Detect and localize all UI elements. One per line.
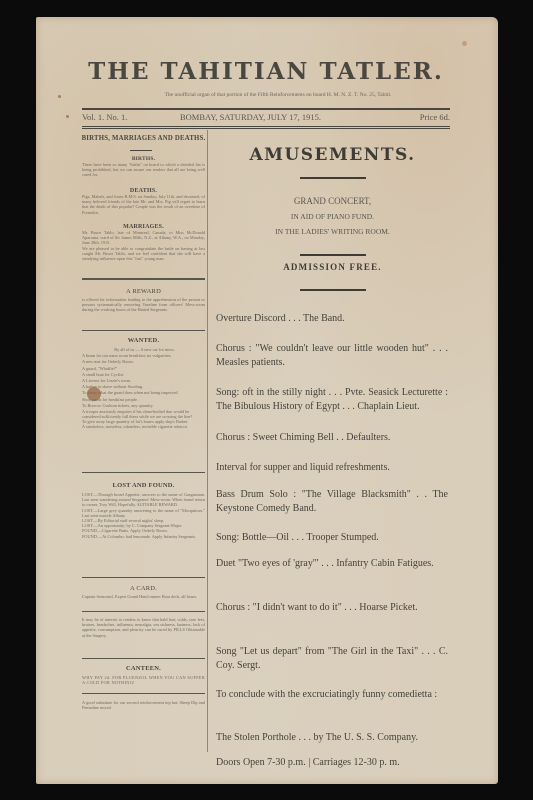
divider xyxy=(82,128,450,129)
amusements-heading: AMUSEMENTS. xyxy=(215,145,450,165)
stain xyxy=(58,95,61,98)
notice-text: It may be of interest to readers to know… xyxy=(80,617,207,638)
births-text: There have been so many "births" on boar… xyxy=(80,162,207,178)
marriages-section: MARRIAGES. Mr. Bruce Tablo, late of Mont… xyxy=(80,224,207,261)
admission-notice: ADMISSION FREE. xyxy=(215,262,450,272)
births-section: BIRTHS. There have been so many "births"… xyxy=(80,156,207,178)
footer-notice-section: A good substitute for our second reinfor… xyxy=(80,700,207,710)
deaths-text: Pigs, Mabels, and Jones R.M.S. on Sunday… xyxy=(80,194,207,215)
wanted-heading: WANTED. xyxy=(80,337,207,344)
volume-number: Vol. 1. No. 1. xyxy=(82,112,127,122)
lost-found-section: LOST AND FOUND. LOST.—Through broad Appe… xyxy=(80,482,207,539)
program-finale: The Stolen Porthole . . . by The U. S. S… xyxy=(216,731,448,745)
place-date: BOMBAY, SATURDAY, JULY 17, 1915. xyxy=(180,112,321,122)
reward-text: is offered for information leading to th… xyxy=(80,297,207,313)
program-item: Interval for supper and liquid refreshme… xyxy=(216,461,448,475)
dateline: Vol. 1. No. 1. BOMBAY, SATURDAY, JULY 17… xyxy=(82,112,450,124)
card-heading: A CARD. xyxy=(80,585,207,592)
card-section: A CARD. Captain Seasoned, Expert Grand H… xyxy=(80,585,207,599)
divider xyxy=(300,177,366,179)
stain xyxy=(462,41,467,46)
masthead-title: THE TAHITIAN TATLER. xyxy=(76,58,456,85)
deaths-section: DEATHS. Pigs, Mabels, and Jones R.M.S. o… xyxy=(80,188,207,215)
program-item: Chorus : Sweet Chiming Bell . . Defaulte… xyxy=(216,431,448,445)
event-venue: IN THE LADIES' WRITING ROOM. xyxy=(215,227,450,236)
lost-found-heading: LOST AND FOUND. xyxy=(80,482,207,489)
program-item: Song "Let us depart" from "The Girl in t… xyxy=(216,645,448,672)
divider xyxy=(130,150,152,151)
lost-found-item: LOST.—Through broad Appetite, answers to… xyxy=(80,492,207,508)
stain xyxy=(66,115,69,118)
marriages-text-1: Mr. Bruce Tablo, late of Montreal, Canad… xyxy=(80,230,207,246)
masthead-subtitle: The unofficial organ of that portion of … xyxy=(88,92,468,98)
doors-carriages: Doors Open 7-30 p.m. | Carriages 12-30 p… xyxy=(216,756,448,770)
divider xyxy=(82,108,450,110)
program-item: Duet "Two eyes of 'gray'" . . . Infantry… xyxy=(216,557,448,571)
section-heading-bmd: BIRTHS, MARRIAGES AND DEATHS. xyxy=(80,135,207,142)
program-item: Chorus : "I didn't want to do it" . . . … xyxy=(216,601,448,615)
marriages-text-2: We are pleased to be able to congratulat… xyxy=(80,246,207,262)
canteen-section: CANTEEN. WHY PAY 2d. FOR PLUENZOL WHEN Y… xyxy=(80,665,207,685)
lost-found-item: LOST.—Large grey quantity answering to t… xyxy=(80,508,207,518)
wanted-item: A smokeless, noiseless, odourless, invis… xyxy=(80,424,207,429)
footer-notice-text: A good substitute for our second reinfor… xyxy=(80,700,207,710)
divider xyxy=(300,254,366,256)
left-column: BIRTHS, MARRIAGES AND DEATHS. BIRTHS. Th… xyxy=(80,130,208,752)
divider xyxy=(82,126,450,127)
price: Price 6d. xyxy=(420,112,450,122)
divider xyxy=(300,289,366,291)
card-text: Captain Seasoned, Expert Grand Hand runn… xyxy=(80,594,207,599)
program-item: Song: Bottle—Oil . . . Trooper Stumped. xyxy=(216,531,448,545)
notice-section: It may be of interest to readers to know… xyxy=(80,617,207,638)
lost-found-item: FOUND.—At Colombo; bad lemonade. Apply I… xyxy=(80,534,207,539)
program-item: To conclude with the excruciatingly funn… xyxy=(216,688,448,702)
right-column: AMUSEMENTS. GRAND CONCERT, IN AID OF PIA… xyxy=(215,135,450,291)
program-item: Overture Discord . . . The Band. xyxy=(216,312,448,326)
program-item: Chorus : "We couldn't leave our little w… xyxy=(216,342,448,369)
canteen-text: WHY PAY 2d. FOR PLUENZOL WHEN YOU CAN SU… xyxy=(80,675,207,685)
reward-heading: A REWARD xyxy=(80,288,207,295)
program-item: Song: oft in the stilly night . . . Pvte… xyxy=(216,386,448,413)
canteen-heading: CANTEEN. xyxy=(80,665,207,672)
wanted-item: A trooper anxiously enquires if his clea… xyxy=(80,409,207,419)
program-item: Bass Drum Solo : "The Village Blacksmith… xyxy=(216,488,448,515)
event-title: GRAND CONCERT, xyxy=(215,196,450,206)
event-purpose: IN AID OF PIANO FUND. xyxy=(215,212,450,221)
reward-section: A REWARD is offered for information lead… xyxy=(80,288,207,313)
wanted-section: WANTED. By all of us — A new car for mes… xyxy=(80,337,207,429)
